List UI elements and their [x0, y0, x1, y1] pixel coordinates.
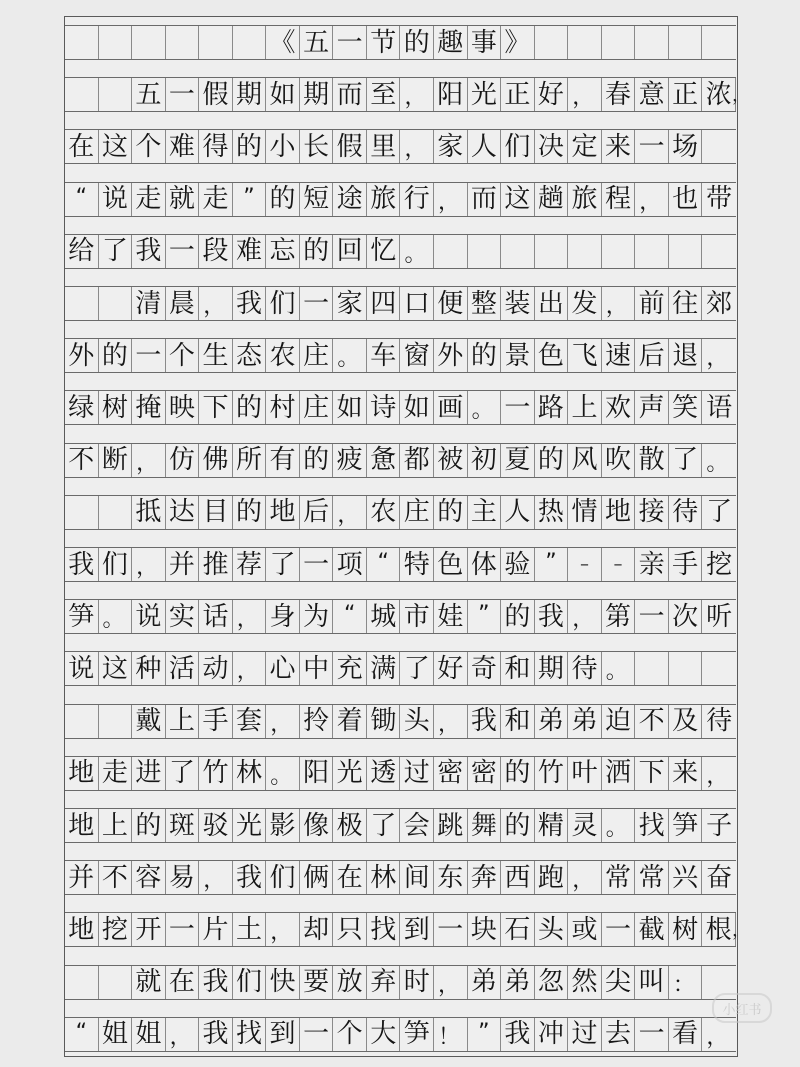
grid-cell-char: 精 — [535, 809, 569, 842]
grid-cell-char: “ — [65, 1018, 99, 1051]
grid-cell-char: 或 — [568, 913, 602, 946]
grid-cell-char: 忆 — [367, 235, 401, 268]
grid-cell-char: 的 — [266, 183, 300, 216]
grid-cell-char: 。 — [702, 444, 736, 477]
grid-cell-char: “ — [367, 548, 401, 581]
grid-cell-char: 五 — [132, 78, 166, 111]
grid-cell-char: 期 — [535, 652, 569, 685]
grid-cell-char: ， — [333, 496, 367, 529]
grid-cell-char: 至 — [367, 78, 401, 111]
grid-cell-char: 我 — [65, 548, 99, 581]
grid-cell-char: – — [568, 548, 602, 581]
grid-cell-char: ” — [233, 183, 267, 216]
grid-cell-char: 而 — [333, 78, 367, 111]
grid-cell-char: 路 — [535, 391, 569, 424]
grid-cell-char: 子 — [702, 809, 736, 842]
grid-cell-char: 退 — [669, 339, 703, 372]
composition-grid-paper: 《五一节的趣事》五一假期如期而至，阳光正好，春意正浓，在这个难得的小长假里，家人… — [64, 16, 738, 1057]
grid-cell-char: 意 — [635, 78, 669, 111]
grid-cell-char: ， — [266, 913, 300, 946]
grid-cell-char: 的 — [132, 809, 166, 842]
grid-cell-char: 和 — [501, 652, 535, 685]
grid-cell-char: 奔 — [468, 861, 502, 894]
text-row: 地挖开一片土，却只找到一块石头或一截树根， — [65, 912, 736, 947]
grid-cell-char: 一 — [166, 235, 200, 268]
grid-cell-char: 的 — [535, 444, 569, 477]
grid-cell-char: ， — [132, 444, 166, 477]
grid-cell-empty — [65, 26, 99, 59]
grid-cell-empty — [501, 235, 535, 268]
grid-cell-char: 娃 — [434, 600, 468, 633]
grid-cell-char: 我 — [535, 600, 569, 633]
grid-cell-char: 我 — [468, 705, 502, 738]
grid-cell-char: 说 — [65, 652, 99, 685]
grid-cell-char: 头 — [535, 913, 569, 946]
grid-cell-char: 上 — [568, 391, 602, 424]
grid-cell-char: 影 — [266, 809, 300, 842]
grid-cell-char: 充 — [333, 652, 367, 685]
grid-cell-char: 的 — [468, 339, 502, 372]
grid-cell-char: 车 — [367, 339, 401, 372]
grid-cell-char: 声 — [635, 391, 669, 424]
grid-cell-char: 为 — [300, 600, 334, 633]
grid-cell-char: 走 — [99, 757, 133, 790]
grid-cell-char: 和 — [501, 705, 535, 738]
grid-cell-char: 林 — [367, 861, 401, 894]
grid-cell-char: 我 — [199, 966, 233, 999]
grid-cell-char: 色 — [535, 339, 569, 372]
grid-cell-char: 就 — [166, 183, 200, 216]
grid-cell-char: 找 — [367, 913, 401, 946]
grid-cell-char: 冲 — [535, 1018, 569, 1051]
grid-cell-char: 实 — [166, 600, 200, 633]
grid-cell-char: 快 — [266, 966, 300, 999]
grid-cell-char: 叫 — [635, 966, 669, 999]
text-row: 绿树掩映下的村庄如诗如画。一路上欢声笑语 — [65, 390, 736, 425]
grid-cell-char: 热 — [535, 496, 569, 529]
grid-cell-char: 截 — [635, 913, 669, 946]
grid-cell-char: 也 — [669, 183, 703, 216]
grid-cell-char: 而 — [468, 183, 502, 216]
grid-cell-char: ， — [400, 130, 434, 163]
grid-cell-char: 如 — [333, 391, 367, 424]
grid-cell-char: 尖 — [602, 966, 636, 999]
grid-cell-char: 我 — [132, 235, 166, 268]
grid-cell-char: 地 — [65, 757, 99, 790]
grid-cell-char: 里 — [367, 130, 401, 163]
grid-cell-char: 断 — [99, 444, 133, 477]
grid-cell-char: 这 — [99, 652, 133, 685]
grid-cell-char: 趟 — [535, 183, 569, 216]
grid-cell-char: 荐 — [233, 548, 267, 581]
grid-cell-char: 一 — [635, 600, 669, 633]
grid-cell-empty — [99, 287, 133, 320]
grid-cell-char: 迫 — [602, 705, 636, 738]
margin-punctuation: ， — [732, 916, 750, 942]
grid-cell-empty — [99, 496, 133, 529]
grid-cell-char: 听 — [702, 600, 736, 633]
grid-cell-char: 如 — [400, 391, 434, 424]
grid-cell-char: 俩 — [300, 861, 334, 894]
grid-cell-char: 农 — [266, 339, 300, 372]
grid-cell-char: 说 — [132, 600, 166, 633]
grid-cell-char: 带 — [702, 183, 736, 216]
grid-cell-char: 开 — [132, 913, 166, 946]
grid-cell-char: 。 — [266, 757, 300, 790]
grid-cell-char: 我 — [233, 287, 267, 320]
text-row: 说这种活动，心中充满了好奇和期待。 — [65, 651, 736, 686]
text-row: 外的一个生态农庄。车窗外的景色飞速后退， — [65, 338, 736, 373]
grid-cell-char: 。 — [468, 391, 502, 424]
grid-cell-char: ， — [702, 339, 736, 372]
grid-cell-char: 笋 — [65, 600, 99, 633]
grid-cell-char: 待 — [702, 705, 736, 738]
grid-cell-char: 密 — [434, 757, 468, 790]
grid-cell-char: 一 — [300, 287, 334, 320]
text-row: 在这个难得的小长假里，家人们决定来一场 — [65, 129, 736, 164]
grid-cell-char: 场 — [669, 130, 703, 163]
grid-cell-char: ， — [166, 1018, 200, 1051]
grid-cell-char: 只 — [333, 913, 367, 946]
grid-cell-char: 吹 — [602, 444, 636, 477]
grid-cell-char: 姐 — [99, 1018, 133, 1051]
grid-cell-char: 会 — [400, 809, 434, 842]
grid-cell-char: 笋 — [669, 809, 703, 842]
grid-cell-char: 达 — [166, 496, 200, 529]
grid-cell-char: 过 — [400, 757, 434, 790]
grid-cell-char: 及 — [669, 705, 703, 738]
grid-cell-char: 画 — [434, 391, 468, 424]
grid-cell-char: 的 — [233, 496, 267, 529]
grid-cell-char: 不 — [99, 861, 133, 894]
grid-cell-char: 洒 — [602, 757, 636, 790]
grid-cell-empty — [199, 26, 233, 59]
grid-cell-char: 在 — [65, 130, 99, 163]
grid-cell-char: ， — [568, 861, 602, 894]
grid-cell-char: ， — [635, 183, 669, 216]
grid-cell-char: 给 — [65, 235, 99, 268]
grid-cell-char: 竹 — [199, 757, 233, 790]
grid-cell-char: 接 — [635, 496, 669, 529]
grid-cell-char: 个 — [333, 1018, 367, 1051]
grid-cell-char: 容 — [132, 861, 166, 894]
grid-cell-empty — [132, 26, 166, 59]
text-row: “姐姐，我找到一个大笋！”我冲过去一看， — [65, 1017, 736, 1052]
grid-cell-char: 拎 — [300, 705, 334, 738]
grid-cell-char: 中 — [300, 652, 334, 685]
grid-cell-char: 驳 — [199, 809, 233, 842]
grid-cell-empty — [568, 235, 602, 268]
grid-cell-char: 外 — [434, 339, 468, 372]
grid-cell-char: 有 — [266, 444, 300, 477]
grid-cell-char: ， — [568, 600, 602, 633]
grid-cell-char: 后 — [300, 496, 334, 529]
grid-cell-char: 人 — [468, 130, 502, 163]
grid-cell-char: 口 — [400, 287, 434, 320]
title-char: 的 — [400, 26, 434, 59]
grid-cell-char: 进 — [132, 757, 166, 790]
grid-cell-char: 并 — [65, 861, 99, 894]
grid-cell-empty — [99, 966, 133, 999]
grid-cell-char: 光 — [333, 757, 367, 790]
grid-cell-char: 特 — [400, 548, 434, 581]
grid-cell-char: 前 — [635, 287, 669, 320]
grid-cell-char: 然 — [568, 966, 602, 999]
grid-cell-char: 跳 — [434, 809, 468, 842]
grid-cell-char: 竹 — [535, 757, 569, 790]
grid-cell-char: 个 — [132, 130, 166, 163]
grid-cell-char: 密 — [468, 757, 502, 790]
grid-cell-empty — [635, 235, 669, 268]
grid-cell-char: 了 — [669, 444, 703, 477]
text-row: 地走进了竹林。阳光透过密密的竹叶洒下来， — [65, 756, 736, 791]
grid-cell-char: 手 — [199, 705, 233, 738]
grid-cell-char: 弃 — [367, 966, 401, 999]
grid-cell-char: 并 — [166, 548, 200, 581]
grid-cell-char: ， — [434, 966, 468, 999]
title-char: 事 — [468, 26, 502, 59]
grid-cell-char: ， — [400, 78, 434, 111]
grid-cell-char: 身 — [266, 600, 300, 633]
text-row: 抵达目的地后，农庄的主人热情地接待了 — [65, 495, 736, 530]
grid-cell-char: 散 — [635, 444, 669, 477]
grid-cell-char: 一 — [132, 339, 166, 372]
grid-cell-char: 市 — [400, 600, 434, 633]
text-row: “说走就走”的短途旅行，而这趟旅程，也带 — [65, 182, 736, 217]
grid-cell-char: 的 — [233, 391, 267, 424]
grid-cell-char: ” — [535, 548, 569, 581]
grid-cell-char: 仿 — [166, 444, 200, 477]
grid-cell-empty — [702, 26, 736, 59]
grid-cell-char: 了 — [99, 235, 133, 268]
grid-cell-char: 我 — [233, 861, 267, 894]
grid-cell-char: 们 — [266, 861, 300, 894]
grid-cell-empty — [568, 26, 602, 59]
grid-cell-char: 心 — [266, 652, 300, 685]
grid-cell-char: 地 — [65, 809, 99, 842]
grid-cell-char: 目 — [199, 496, 233, 529]
grid-cell-char: 假 — [333, 130, 367, 163]
grid-cell-char: 们 — [233, 966, 267, 999]
grid-cell-char: 佛 — [199, 444, 233, 477]
grid-cell-char: 弟 — [501, 966, 535, 999]
grid-cell-char: 往 — [669, 287, 703, 320]
grid-cell-char: 我 — [199, 1018, 233, 1051]
grid-cell-empty — [669, 235, 703, 268]
grid-cell-char: 次 — [669, 600, 703, 633]
grid-cell-char: 难 — [166, 130, 200, 163]
grid-cell-char: 种 — [132, 652, 166, 685]
text-row: 五一假期如期而至，阳光正好，春意正浓， — [65, 77, 736, 112]
grid-cell-empty — [635, 652, 669, 685]
grid-cell-char: 时 — [400, 966, 434, 999]
grid-cell-char: 的 — [501, 757, 535, 790]
grid-cell-char: 地 — [266, 496, 300, 529]
grid-cell-char: 挖 — [99, 913, 133, 946]
grid-cell-char: 浓 — [702, 78, 736, 111]
grid-cell-char: 假 — [199, 78, 233, 111]
grid-cell-char: 叶 — [568, 757, 602, 790]
grid-cell-empty — [99, 26, 133, 59]
grid-cell-char: 。 — [602, 652, 636, 685]
grid-cell-char: 欢 — [602, 391, 636, 424]
grid-cell-char: 出 — [535, 287, 569, 320]
grid-cell-char: 掩 — [132, 391, 166, 424]
grid-cell-char: 窗 — [400, 339, 434, 372]
grid-cell-char: ， — [233, 652, 267, 685]
grid-cell-char: 走 — [132, 183, 166, 216]
title-char: 一 — [333, 26, 367, 59]
grid-cell-char: 所 — [233, 444, 267, 477]
grid-cell-char: 情 — [568, 496, 602, 529]
grid-cell-char: 决 — [535, 130, 569, 163]
grid-cell-char: 了 — [367, 809, 401, 842]
grid-cell-char: 奋 — [702, 861, 736, 894]
grid-cell-char: 弟 — [568, 705, 602, 738]
grid-cell-char: 的 — [233, 130, 267, 163]
grid-cell-empty — [468, 235, 502, 268]
grid-cell-char: 发 — [568, 287, 602, 320]
grid-cell-char: 晨 — [166, 287, 200, 320]
grid-cell-char: 段 — [199, 235, 233, 268]
margin-punctuation: ， — [732, 81, 750, 107]
grid-cell-empty — [535, 235, 569, 268]
grid-cell-empty — [65, 705, 99, 738]
grid-cell-char: 一 — [635, 1018, 669, 1051]
grid-cell-char: ， — [568, 78, 602, 111]
grid-cell-char: 这 — [99, 130, 133, 163]
grid-cell-char: 斑 — [166, 809, 200, 842]
grid-cell-empty — [702, 130, 736, 163]
grid-cell-char: 上 — [166, 705, 200, 738]
grid-cell-char: 风 — [568, 444, 602, 477]
grid-cell-char: 忽 — [535, 966, 569, 999]
grid-cell-char: 挖 — [702, 548, 736, 581]
grid-cell-char: 树 — [99, 391, 133, 424]
grid-cell-char: 兴 — [669, 861, 703, 894]
grid-cell-empty — [434, 235, 468, 268]
grid-cell-empty — [65, 966, 99, 999]
grid-cell-char: 林 — [233, 757, 267, 790]
grid-cell-char: 到 — [400, 913, 434, 946]
grid-cell-char: 上 — [99, 809, 133, 842]
grid-cell-char: 色 — [434, 548, 468, 581]
grid-cell-char: 定 — [568, 130, 602, 163]
grid-cell-char: 期 — [300, 78, 334, 111]
grid-cell-char: 。 — [333, 339, 367, 372]
grid-cell-char: 片 — [199, 913, 233, 946]
grid-cell-char: 东 — [434, 861, 468, 894]
grid-cell-char: ， — [434, 183, 468, 216]
grid-cell-char: 装 — [501, 287, 535, 320]
grid-cell-char: 去 — [602, 1018, 636, 1051]
grid-cell-char: 郊 — [702, 287, 736, 320]
grid-cell-char: 验 — [501, 548, 535, 581]
grid-cell-char: 忘 — [266, 235, 300, 268]
grid-cell-char: 手 — [669, 548, 703, 581]
grid-cell-char: ， — [233, 600, 267, 633]
grid-cell-char: 的 — [501, 600, 535, 633]
grid-cell-char: 村 — [266, 391, 300, 424]
grid-cell-char: 们 — [501, 130, 535, 163]
text-row: 我们，并推荐了一项“特色体验”––亲手挖 — [65, 547, 736, 582]
grid-cell-char: 笋 — [400, 1018, 434, 1051]
grid-cell-char: 。 — [99, 600, 133, 633]
grid-cell-char: 家 — [333, 287, 367, 320]
grid-cell-char: 四 — [367, 287, 401, 320]
grid-cell-char: 生 — [199, 339, 233, 372]
grid-cell-char: 一 — [501, 391, 535, 424]
grid-cell-char: 主 — [468, 496, 502, 529]
grid-cell-char: 们 — [99, 548, 133, 581]
grid-cell-char: 态 — [233, 339, 267, 372]
grid-cell-char: 极 — [333, 809, 367, 842]
grid-cell-empty — [65, 78, 99, 111]
grid-cell-char: 旅 — [568, 183, 602, 216]
grid-cell-char: 都 — [400, 444, 434, 477]
grid-cell-char: 光 — [233, 809, 267, 842]
grid-cell-char: ： — [669, 966, 703, 999]
grid-cell-empty — [669, 652, 703, 685]
grid-cell-char: 的 — [300, 444, 334, 477]
grid-cell-char: 待 — [568, 652, 602, 685]
text-row: 并不容易，我们俩在林间东奔西跑，常常兴奋 — [65, 860, 736, 895]
title-char: 趣 — [434, 26, 468, 59]
grid-cell-char: 夏 — [501, 444, 535, 477]
grid-cell-char: 第 — [602, 600, 636, 633]
grid-cell-char: 我 — [501, 1018, 535, 1051]
text-row: 不断，仿佛所有的疲惫都被初夏的风吹散了。 — [65, 443, 736, 478]
grid-cell-char: 要 — [300, 966, 334, 999]
grid-cell-char: 一 — [602, 913, 636, 946]
grid-cell-char: 话 — [199, 600, 233, 633]
grid-cell-char: 到 — [266, 1018, 300, 1051]
grid-cell-char: 一 — [434, 913, 468, 946]
grid-cell-char: 一 — [300, 1018, 334, 1051]
grid-cell-char: 这 — [501, 183, 535, 216]
grid-cell-char: 体 — [468, 548, 502, 581]
grid-cell-empty — [535, 26, 569, 59]
grid-cell-empty — [669, 26, 703, 59]
grid-cell-char: 就 — [132, 966, 166, 999]
grid-cell-char: 满 — [367, 652, 401, 685]
grid-cell-empty — [166, 26, 200, 59]
title-char: 》 — [501, 26, 535, 59]
text-row: 给了我一段难忘的回忆。 — [65, 234, 736, 269]
grid-cell-char: 一 — [166, 913, 200, 946]
grid-cell-char: 家 — [434, 130, 468, 163]
grid-cell-char: 姐 — [132, 1018, 166, 1051]
grid-cell-char: 弟 — [535, 705, 569, 738]
grid-cell-char: ， — [702, 757, 736, 790]
grid-cell-char: 地 — [602, 496, 636, 529]
grid-cell-char: 的 — [434, 496, 468, 529]
grid-cell-char: – — [602, 548, 636, 581]
grid-cell-char: ” — [468, 600, 502, 633]
grid-cell-char: 诗 — [367, 391, 401, 424]
grid-cell-char: 过 — [568, 1018, 602, 1051]
grid-cell-char: 一 — [166, 78, 200, 111]
grid-cell-char: 活 — [166, 652, 200, 685]
grid-cell-char: 的 — [501, 809, 535, 842]
grid-cell-char: 程 — [602, 183, 636, 216]
grid-cell-char: 了 — [266, 548, 300, 581]
grid-cell-char: 易 — [166, 861, 200, 894]
grid-cell-char: 笑 — [669, 391, 703, 424]
grid-cell-char: 了 — [702, 496, 736, 529]
grid-cell-char: “ — [333, 600, 367, 633]
title-char: 五 — [300, 26, 334, 59]
